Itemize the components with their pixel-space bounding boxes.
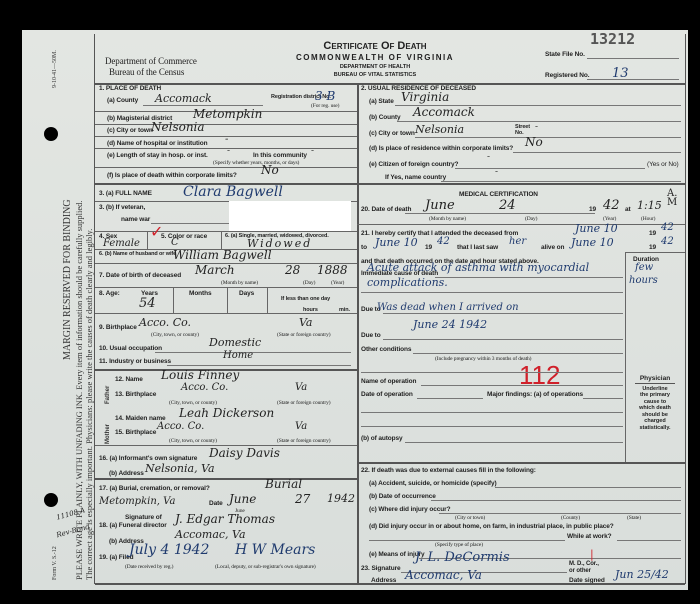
duration-2: hours — [629, 275, 658, 286]
death-hour: 1:15 — [637, 199, 662, 212]
days-label: Days — [239, 290, 254, 297]
director-label-2: 18. (a) Funeral director — [99, 522, 167, 529]
res-state-value: Virginia — [401, 90, 449, 104]
other-conditions-label: Other conditions — [361, 346, 411, 353]
pregnancy-note: (Include pregnancy within 3 months of de… — [435, 356, 531, 362]
last-saw-value: her — [509, 236, 526, 247]
blank-line — [361, 426, 623, 427]
hour-note: (Hour) — [641, 216, 655, 222]
registered-line — [587, 79, 679, 80]
mother-side-label: Mother — [105, 424, 111, 444]
signature-label: 23. Signature — [361, 565, 401, 572]
divider — [95, 478, 357, 480]
alive-year: 42 — [661, 236, 674, 247]
autopsy-line — [405, 442, 623, 443]
operation-date-line — [417, 398, 483, 399]
where-line — [439, 513, 681, 514]
occurrence-label: (b) Date of occurrence — [369, 493, 436, 500]
informant-signature: Daisy Davis — [209, 446, 280, 460]
funeral-director-signature: J. Edgar Thomas — [175, 512, 275, 526]
injury-place-label: (d) Did injury occur in or about home, o… — [369, 523, 614, 530]
father-side-label: Father — [105, 386, 111, 404]
registrar-note: (Local, deputy, or sub-registrar's own s… — [215, 564, 316, 570]
res-city-label: (c) City or town — [369, 130, 415, 137]
mother-birthplace-label: 15. Birthplace — [115, 429, 156, 436]
punch-hole — [44, 493, 58, 507]
filed-date: July 4 1942 — [129, 542, 209, 558]
divider — [221, 231, 222, 249]
external-heading: 22. If death was due to external causes … — [361, 467, 536, 474]
res-county-line — [397, 121, 681, 122]
blank-line — [361, 372, 623, 373]
physician-address: Accomac, Va — [405, 568, 482, 582]
divider — [357, 83, 359, 183]
country-value: - — [495, 167, 498, 177]
divider — [95, 287, 357, 288]
medical-heading: MEDICAL CERTIFICATION — [459, 191, 538, 198]
occupation-value: Domestic — [209, 336, 261, 349]
spouse-label: 6. (b) Name of husband or wife — [99, 251, 176, 257]
stamp-number: 13212 — [590, 30, 635, 48]
color-value: C — [171, 237, 179, 248]
age-years-value: 54 — [139, 296, 156, 311]
due-to-label: Due to — [361, 332, 381, 339]
industry-line — [167, 365, 351, 366]
informant-address: Nelsonia, Va — [145, 462, 215, 475]
registered-label: Registered No. — [545, 72, 589, 79]
alive-on-label: alive on — [541, 244, 564, 251]
due-to-line — [383, 313, 623, 314]
divider — [95, 124, 357, 125]
informant-address-label: (b) Address — [109, 470, 144, 477]
immediate-cause-value: Acute attack of asthma with myocardial c… — [367, 260, 617, 290]
burial-place: Metompkin, Va — [99, 496, 175, 507]
city-note: (City, town, or county) — [151, 332, 199, 338]
full-name-value: Clara Bagwell — [183, 184, 283, 200]
dept-commerce: Department of Commerce — [105, 56, 197, 66]
death-year: 42 — [603, 198, 620, 213]
state-file-label: State File No. — [545, 51, 585, 58]
dob-label: 7. Date of birth of deceased — [99, 272, 181, 279]
mother-birthplace-state: Va — [295, 421, 307, 432]
registered-number: 13 — [612, 66, 629, 81]
county-line — [143, 105, 263, 106]
birthplace-label: 9. Birthplace — [99, 324, 137, 331]
father-name-value: Louis Finney — [161, 368, 239, 382]
stay-value: - — [227, 146, 230, 156]
divider — [95, 583, 685, 585]
month-note: (Month by name) — [429, 216, 466, 222]
century-label: 19 — [425, 244, 432, 251]
physician-note-line: statistically. — [627, 425, 683, 432]
from-year: 42 — [661, 222, 674, 233]
father-birthplace-state: Va — [295, 382, 307, 393]
spouse-value: William Bagwell — [173, 248, 272, 262]
death-date-label: 20. Date of death — [361, 206, 411, 213]
divider — [625, 252, 626, 462]
commonwealth-subtitle: Commonwealth of Virginia — [255, 53, 495, 62]
bureau-census: Bureau of the Census — [109, 67, 184, 77]
attended-to: June 10 — [375, 236, 418, 249]
meridiem: A. M — [667, 189, 679, 207]
binding-notice: MARGIN RESERVED FOR BINDING — [62, 199, 73, 360]
month-note: (Month by name) — [221, 280, 258, 286]
print-code: 9-10-41—50M. — [52, 50, 58, 88]
res-corporate-label: (d) Is place of residence within corpora… — [369, 145, 513, 152]
autopsy-label: (b) of autopsy — [361, 435, 403, 442]
century-label: 19 — [589, 206, 596, 213]
where-label: (c) Where did injury occur? — [369, 506, 450, 513]
other-line — [413, 353, 623, 354]
filed-note: (Date received by reg.) — [125, 564, 173, 570]
alive-on-value: June 10 — [571, 236, 614, 249]
due-to-value-1: Was dead when I arrived on — [377, 302, 519, 313]
certificate-form: Department of Commerce Bureau of the Cen… — [94, 34, 686, 584]
certificate-title: Certificate of Death — [265, 40, 485, 52]
reg-district-value: 3 B — [315, 89, 335, 103]
injury-place-line — [369, 540, 565, 541]
sex-value: Female — [103, 238, 140, 249]
father-birthplace-city: Acco. Co. — [181, 382, 228, 393]
binding-margin: 9-10-41—50M. MARGIN RESERVED FOR BINDING… — [22, 30, 94, 590]
less-day-label: If less than one day — [281, 296, 330, 302]
res-corporate-line — [513, 152, 681, 153]
county-note: (County) — [561, 515, 580, 521]
death-day: 24 — [499, 198, 516, 213]
country-label: If Yes, name country — [385, 174, 446, 181]
community-value: - — [311, 146, 314, 156]
year-note: (Year) — [331, 280, 344, 286]
death-date-line — [405, 213, 595, 214]
birthplace-state: Va — [299, 316, 313, 329]
death-city-value: Nelsonia — [151, 120, 205, 134]
citizen-value: - — [487, 152, 490, 162]
red-tick: | — [590, 548, 594, 561]
veteran-label: 3. (b) If veteran, — [99, 204, 145, 211]
divider — [147, 231, 148, 249]
divider — [357, 462, 685, 464]
state-note: (State or foreign country) — [277, 400, 330, 406]
redacted-field — [229, 201, 351, 231]
at-label: at — [625, 206, 631, 213]
street-value: - — [535, 122, 538, 132]
stay-label: (e) Length of stay in hosp. or inst. — [107, 152, 208, 159]
punch-hole — [44, 127, 58, 141]
yes-no-note: (Yes or No) — [647, 161, 679, 168]
century-label: 19 — [649, 230, 656, 237]
date-signed-value: Jun 25/42 — [615, 568, 669, 581]
md-label: M. D., Cor., — [569, 561, 599, 567]
res-city-value: Nelsonia — [415, 123, 464, 136]
age-label: 8. Age: — [99, 290, 120, 297]
findings-label: Major findings: (a) of operations — [487, 391, 583, 398]
red-checkmark: ✓ — [150, 222, 163, 241]
accident-label: (a) Accident, suicide, or homicide (spec… — [369, 480, 497, 487]
county-label: (a) County — [107, 97, 138, 104]
industry-label: 11. Industry or business — [99, 358, 171, 365]
res-county-value: Accomack — [413, 105, 475, 119]
divider — [95, 313, 357, 314]
death-corporate-value: No — [261, 163, 279, 177]
res-state-label: (a) State — [369, 98, 394, 105]
dob-year: 1888 — [317, 263, 348, 277]
mother-name-value: Leah Dickerson — [179, 406, 274, 420]
hospital-value: - — [225, 134, 228, 145]
divider — [95, 167, 357, 168]
operation-date-label: Date of operation — [361, 391, 413, 398]
war-label: name war — [121, 216, 150, 223]
attended-from: June 10 — [575, 222, 618, 235]
state-note: (State or foreign country) — [277, 332, 330, 338]
state-file-line — [587, 58, 679, 59]
dob-day: 28 — [285, 263, 300, 277]
community-label: In this community — [253, 152, 307, 159]
divider — [95, 231, 357, 232]
country-line — [441, 181, 681, 182]
res-city-line — [415, 137, 681, 138]
divider — [625, 252, 685, 253]
citizen-line — [455, 168, 645, 169]
city-label: (c) City or town — [107, 127, 153, 134]
century-label: 19 — [649, 244, 656, 251]
hospital-label: (d) Name of hospital or institution — [107, 140, 208, 147]
findings-line — [583, 398, 623, 399]
color-label: 5. Color or race — [161, 233, 207, 240]
burial-value: Burial — [265, 477, 302, 491]
occupation-label: 10. Usual occupation — [99, 345, 162, 352]
divider — [95, 148, 357, 149]
physician-note-title: Physician — [635, 376, 675, 384]
state-note: (State) — [627, 515, 641, 521]
dept-health: Department of Health — [265, 64, 485, 70]
to-label: to — [361, 244, 367, 251]
physician-note: Physician Underline the primary cause to… — [627, 376, 683, 431]
burial-year: 1942 — [327, 492, 355, 505]
res-corporate-value: No — [525, 135, 543, 149]
city-note: (City or town) — [455, 515, 485, 521]
magisterial-value: Metompkin — [193, 107, 262, 121]
place-note: (Specify type of place) — [435, 542, 483, 548]
reg-use-note: (For reg. use) — [311, 103, 339, 109]
informant-label: 16. (a) Informant's own signature — [99, 455, 197, 462]
father-birthplace-label: 13. Birthplace — [115, 391, 156, 398]
death-month: June — [425, 198, 455, 213]
birthplace-city: Acco. Co. — [139, 316, 191, 329]
occurrence-line — [431, 500, 681, 501]
state-note: (State or foreign country) — [277, 438, 330, 444]
at-work-line — [617, 540, 681, 541]
father-name-label: 12. Name — [115, 376, 143, 383]
months-label: Months — [189, 290, 212, 297]
director-address: Accomac, Va — [175, 528, 246, 541]
last-saw-label: that I last saw — [457, 244, 498, 251]
at-work-label: While at work? — [567, 533, 611, 540]
res-county-label: (b) County — [369, 114, 401, 121]
due-to-line — [383, 339, 623, 340]
place-of-death-heading: 1. PLACE OF DEATH — [99, 85, 161, 92]
duration-1: few — [635, 262, 653, 273]
statistical-code: 112 — [519, 360, 560, 391]
cause-line — [361, 292, 623, 293]
or-other-label: or other — [569, 568, 591, 574]
director-label-1: Signature of — [125, 514, 162, 521]
divider — [267, 287, 268, 313]
due-to-value-2: June 24 1942 — [413, 318, 487, 331]
full-name-label: 3. (a) FULL NAME — [99, 190, 152, 197]
day-note: (Day) — [525, 216, 537, 222]
physician-signature: J. L. DeCormis — [415, 550, 510, 565]
burial-day: 27 — [295, 492, 310, 506]
accident-line — [495, 487, 681, 488]
stay-note: (Specify whether years, months, or days) — [213, 160, 299, 166]
death-corporate-label: (f) Is place of death within corporate l… — [107, 172, 237, 179]
city-note: (City, town, or county) — [169, 438, 217, 444]
divider — [173, 287, 174, 313]
divider — [357, 183, 359, 584]
bureau-vital-stats: Bureau of Vital Statistics — [265, 72, 485, 78]
blank-line — [361, 412, 623, 413]
to-year: 42 — [437, 236, 450, 247]
burial-date-label: Date — [209, 500, 223, 507]
mother-birthplace-city: Acco. Co. — [157, 421, 204, 432]
dob-month: March — [195, 263, 235, 277]
industry-value: Home — [223, 350, 253, 361]
divider — [227, 287, 228, 313]
burial-label: 17. (a) Burial, cremation, or removal? — [99, 485, 210, 492]
form-number: Form V. S.-12 — [52, 546, 58, 580]
death-county-value: Accomack — [155, 92, 212, 105]
divider — [357, 224, 685, 225]
day-note: (Day) — [303, 280, 315, 286]
operation-label: Name of operation — [361, 378, 416, 385]
burial-month: June — [229, 492, 256, 506]
operation-line — [421, 385, 623, 386]
citizen-label: (e) Citizen of foreign country? — [369, 161, 458, 168]
registrar-signature: H W Mears — [235, 542, 315, 558]
